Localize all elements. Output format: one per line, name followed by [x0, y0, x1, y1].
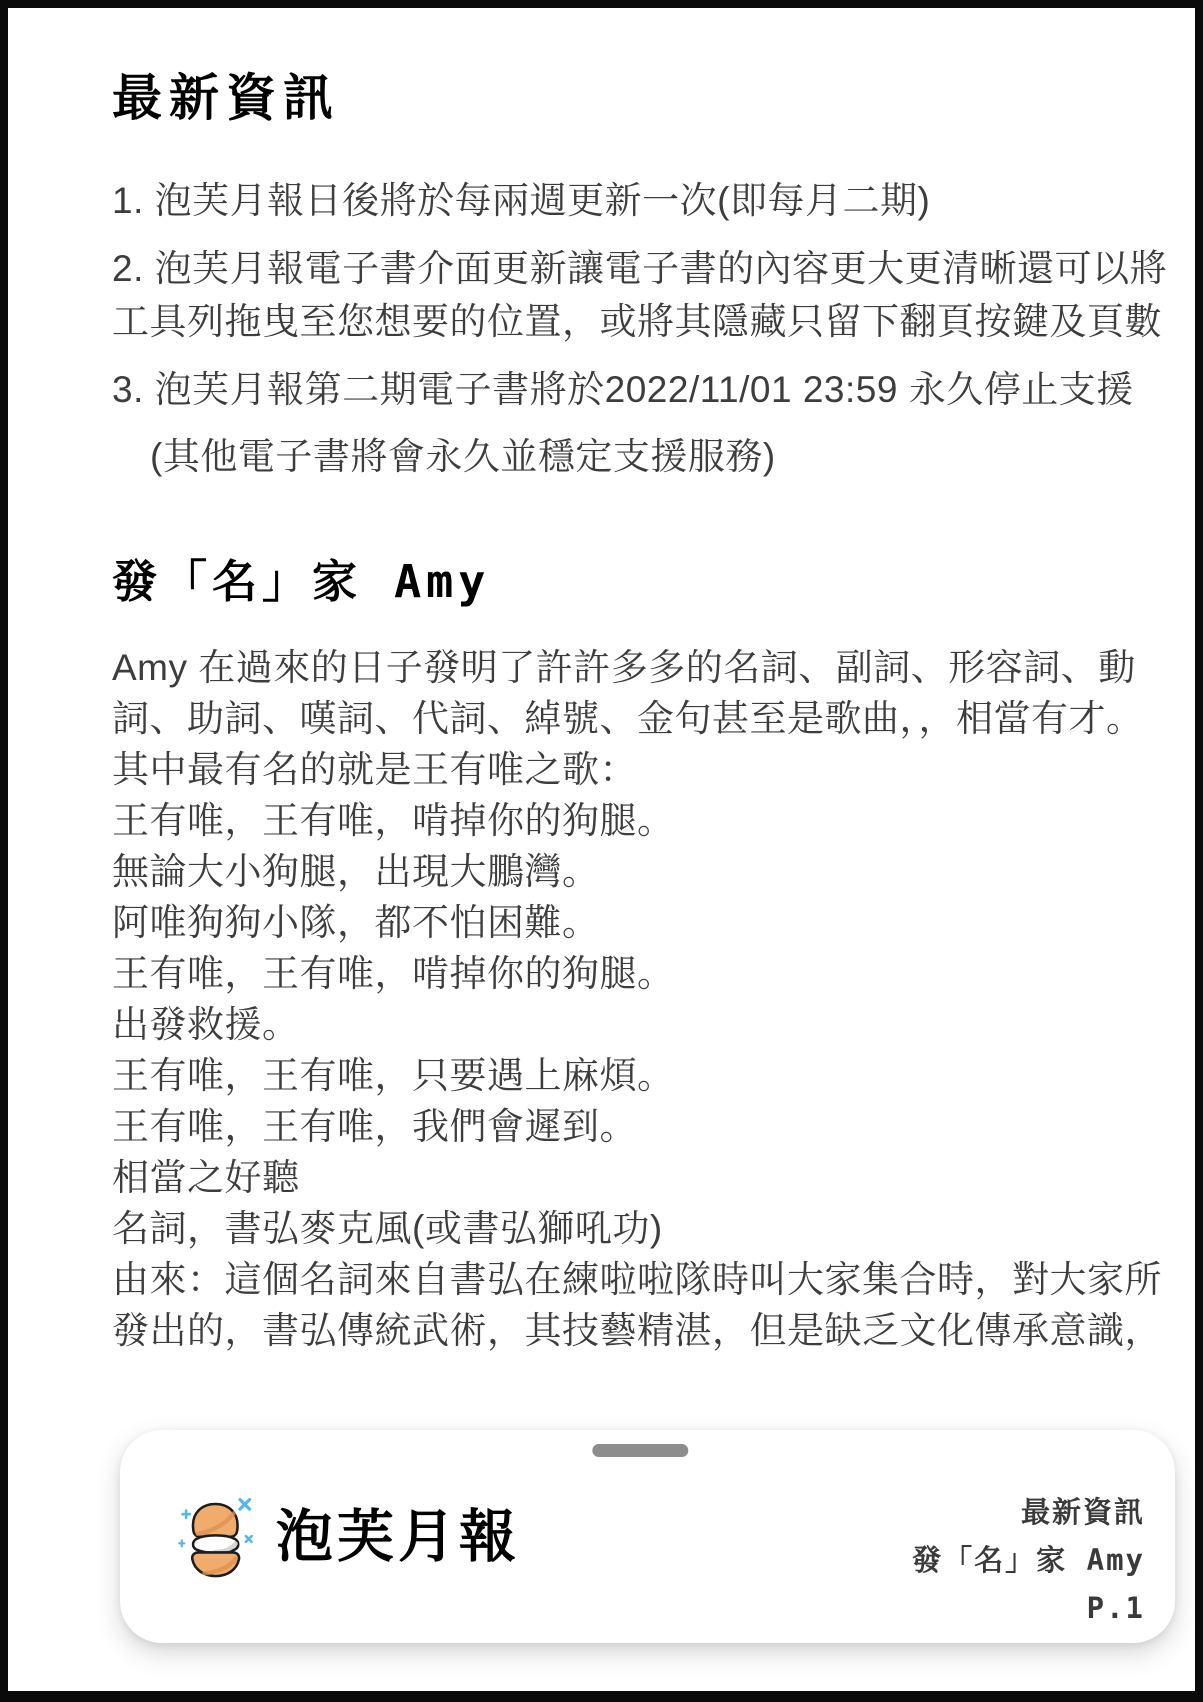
article-line: 王有唯，王有唯，只要遇上麻煩。 — [112, 1050, 1145, 1101]
section-title-amy: 發「名」家 Amy — [112, 555, 1145, 609]
article-line: 王有唯，王有唯，啃掉你的狗腿。 — [112, 948, 1145, 999]
article-line: 相當之好聽 — [112, 1152, 1145, 1203]
article-line: 名詞，書弘麥克風(或書弘獅吼功) — [112, 1203, 1145, 1254]
news-item-1: 1. 泡芙月報日後將於每兩週更新一次(即每月二期) — [112, 174, 1145, 227]
article-line: 無論大小狗腿，出現大鵬灣。 — [112, 846, 1145, 897]
document-content: 最新資訊 1. 泡芙月報日後將於每兩週更新一次(即每月二期) 2. 泡芙月報電子… — [112, 70, 1145, 1356]
article-line: 阿唯狗狗小隊，都不怕困難。 — [112, 897, 1145, 948]
news-item-3: 3. 泡芙月報第二期電子書將於2022/11/01 23:59 永久停止支援 — [112, 363, 1145, 416]
news-item-3-note: (其他電子書將會永久並穩定支援服務) — [112, 430, 1145, 483]
article-line: 發出的，書弘傳統武術，其技藝精湛，但是缺乏文化傳承意識， — [112, 1305, 1145, 1356]
article-line: 王有唯，王有唯，我們會遲到。 — [112, 1101, 1145, 1152]
brand-title: 泡芙月報 — [276, 1509, 520, 1566]
article-line: 詞、助詞、嘆詞、代詞、綽號、金句甚至是歌曲，，相當有才。 — [112, 693, 1145, 744]
cream-puff-icon — [178, 1496, 254, 1579]
ebook-page: 最新資訊 1. 泡芙月報日後將於每兩週更新一次(即每月二期) 2. 泡芙月報電子… — [0, 0, 1203, 1702]
drag-handle[interactable] — [592, 1444, 688, 1457]
article-line: Amy 在過來的日子發明了許許多多的名詞、副詞、形容詞、動 — [112, 642, 1145, 693]
toc-line-amy: 發「名」家 Amy — [912, 1536, 1145, 1584]
article-line: 其中最有名的就是王有唯之歌： — [112, 744, 1145, 795]
news-list: 1. 泡芙月報日後將於每兩週更新一次(即每月二期) 2. 泡芙月報電子書介面更新… — [112, 174, 1145, 483]
toc-line-news: 最新資訊 — [912, 1488, 1145, 1536]
toolbar-toc: 最新資訊 發「名」家 Amy P.1 — [912, 1488, 1145, 1632]
news-item-2-line-1: 2. 泡芙月報電子書介面更新讓電子書的內容更大更清晰還可以將 — [112, 242, 1145, 295]
section-title-news: 最新資訊 — [112, 70, 1145, 128]
article-line: 王有唯，王有唯，啃掉你的狗腿。 — [112, 795, 1145, 846]
article-line: 由來：這個名詞來自書弘在練啦啦隊時叫大家集合時，對大家所 — [112, 1254, 1145, 1305]
page-number: P.1 — [912, 1584, 1145, 1632]
reader-toolbar[interactable]: 泡芙月報 最新資訊 發「名」家 Amy P.1 — [120, 1430, 1175, 1643]
amy-article: Amy 在過來的日子發明了許許多多的名詞、副詞、形容詞、動 詞、助詞、嘆詞、代詞… — [112, 642, 1145, 1356]
news-item-2-line-2: 工具列拖曳至您想要的位置，或將其隱藏只留下翻頁按鍵及頁數 — [112, 295, 1145, 348]
brand: 泡芙月報 — [178, 1496, 520, 1579]
article-line: 出發救援。 — [112, 999, 1145, 1050]
